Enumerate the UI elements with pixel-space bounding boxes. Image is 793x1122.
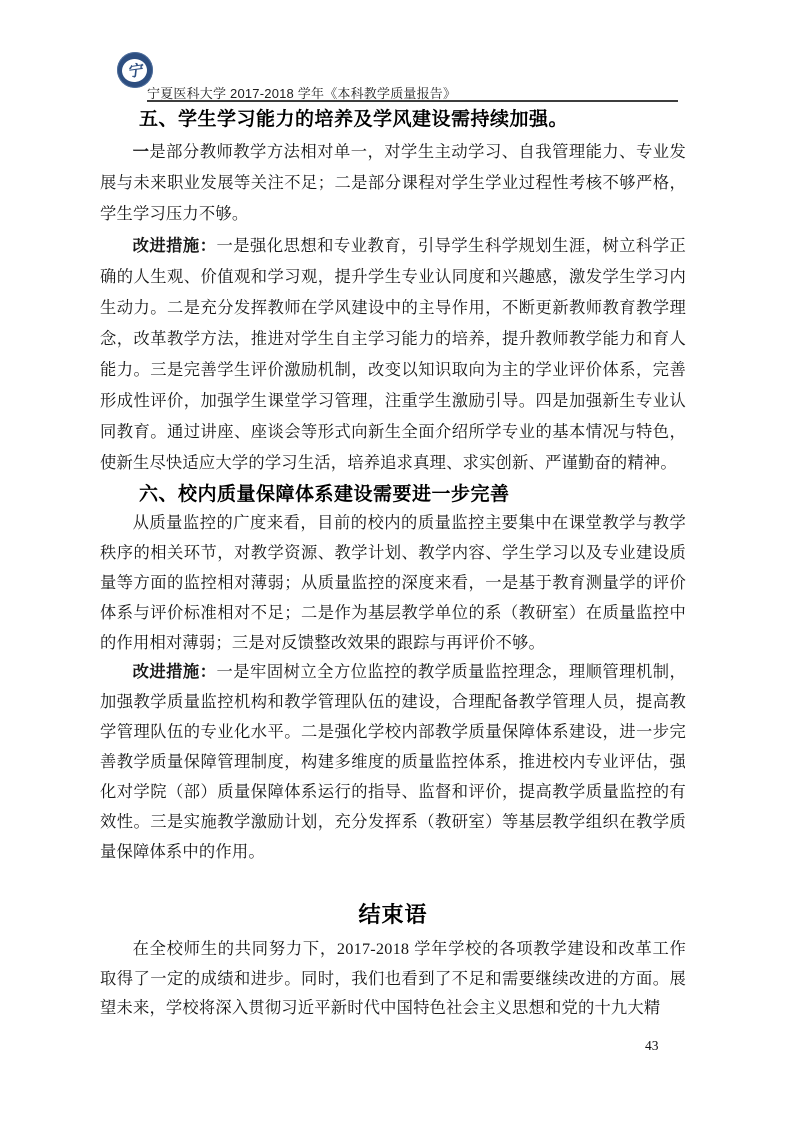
section5-heading: 五、学生学习能力的培养及学风建设需持续加强。 (139, 104, 568, 131)
section5-paragraph-2-text: 一是强化思想和专业教育，引导学生科学规划生涯，树立科学正确的人生观、价值观和学习… (100, 236, 686, 472)
section5-paragraph-2-lead: 改进措施： (133, 236, 217, 255)
conclusion-heading: 结束语 (100, 898, 686, 929)
section6-paragraph-1-text: 从质量监控的广度来看，目前的校内的质量监控主要集中在课堂教学与教学秩序的相关环节… (100, 513, 686, 652)
header-divider (147, 100, 678, 102)
conclusion-paragraph-text: 在全校师生的共同努力下，2017-2018 学年学校的各项教学建设和改革工作取得… (100, 939, 686, 1017)
section5-paragraph-1-lead: 一 (133, 142, 150, 161)
section6-paragraph-2-text: 一是牢固树立全方位监控的教学质量监控理念，理顺管理机制，加强教学质量监控机构和教… (100, 662, 686, 861)
document-page: 宁 宁夏医科大学 2017-2018 学年《本科教学质量报告》 五、学生学习能力… (0, 0, 793, 1122)
section6-paragraph-1: 从质量监控的广度来看，目前的校内的质量监控主要集中在课堂教学与教学秩序的相关环节… (100, 508, 686, 658)
section5-paragraph-1-text: 是部分教师教学方法相对单一，对学生主动学习、自我管理能力、专业发展与未来职业发展… (100, 142, 686, 223)
conclusion-paragraph: 在全校师生的共同努力下，2017-2018 学年学校的各项教学建设和改革工作取得… (100, 934, 686, 1023)
page-number: 43 (645, 1038, 659, 1054)
section6-heading: 六、校内质量保障体系建设需要进一步完善 (139, 479, 510, 506)
section5-paragraph-2: 改进措施：一是强化思想和专业教育，引导学生科学规划生涯，树立科学正确的人生观、价… (100, 230, 686, 478)
section6-paragraph-2-lead: 改进措施： (133, 662, 217, 681)
section6-paragraph-2: 改进措施：一是牢固树立全方位监控的教学质量监控理念，理顺管理机制，加强教学质量监… (100, 657, 686, 867)
section5-paragraph-1: 一是部分教师教学方法相对单一，对学生主动学习、自我管理能力、专业发展与未来职业发… (100, 136, 686, 229)
university-logo-glyph: 宁 (121, 57, 149, 83)
